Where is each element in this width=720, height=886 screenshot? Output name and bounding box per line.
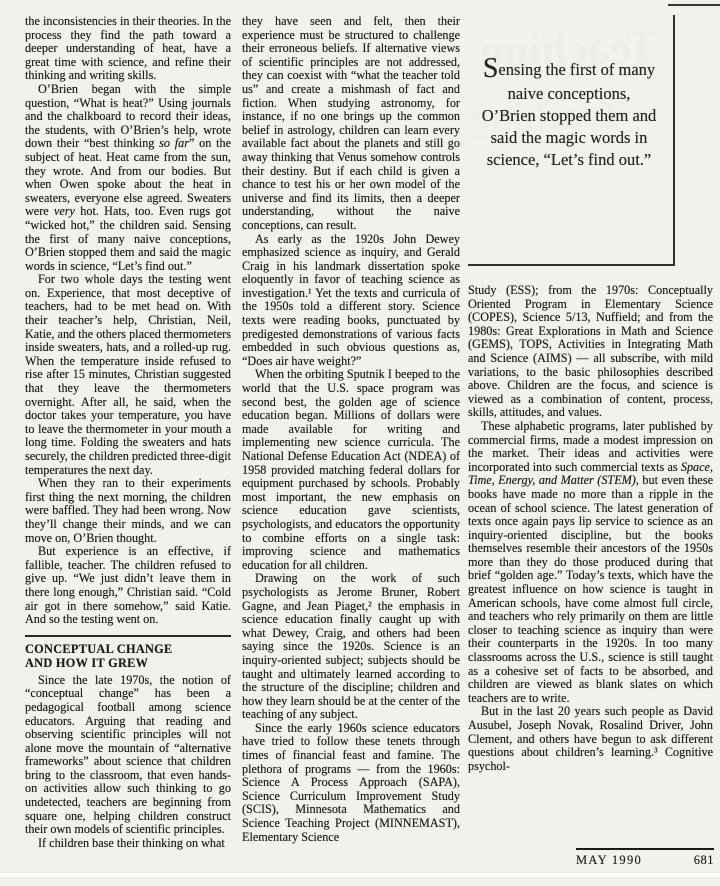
- pull-quote-text: ensing the first of many naive conceptio…: [482, 60, 657, 169]
- paragraph: As early as the 1920s John Dewey emphasi…: [242, 233, 460, 369]
- paragraph: When the orbiting Sputnik I beeped to th…: [242, 368, 460, 572]
- paragraph: For two whole days the testing went on. …: [25, 273, 231, 477]
- paragraph: the inconsistencies in their theories. I…: [25, 15, 231, 83]
- magazine-page: Teaching Teaching the inconsistencies in…: [0, 0, 720, 886]
- paragraph: If children base their thinking on what: [25, 837, 231, 851]
- issue-date: MAY 1990: [576, 853, 642, 868]
- paragraph: Since the early 1960s science educators …: [242, 722, 460, 844]
- section-heading-line1: CONCEPTUAL CHANGE: [25, 642, 231, 657]
- scan-artifact-line: [668, 4, 720, 6]
- pull-quote-box: Sensing the first of many naive concepti…: [468, 15, 675, 266]
- paragraph: they have seen and felt, then their expe…: [242, 15, 460, 233]
- paragraph: These alphabetic programs, later publish…: [468, 420, 713, 705]
- paragraph: When they ran to their experiments first…: [25, 477, 231, 545]
- text-column-left: the inconsistencies in their theories. I…: [25, 15, 231, 853]
- section-heading: CONCEPTUAL CHANGE AND HOW IT GREW: [25, 635, 231, 671]
- page-number: 681: [694, 853, 714, 868]
- text-column-right: Sensing the first of many naive concepti…: [468, 15, 713, 853]
- page-footer: MAY 1990 681: [576, 848, 714, 868]
- paragraph: But experience is an effective, if falli…: [25, 545, 231, 627]
- paragraph: Study (ESS); from the 1970s: Conceptuall…: [468, 284, 713, 420]
- paragraph: Since the late 1970s, the notion of “con…: [25, 674, 231, 837]
- article-columns: the inconsistencies in their theories. I…: [25, 15, 713, 853]
- paragraph: Drawing on the work of such psychologist…: [242, 572, 460, 722]
- paragraph: But in the last 20 years such people as …: [468, 705, 713, 773]
- text-column-middle: they have seen and felt, then their expe…: [242, 15, 460, 853]
- page-edge: [0, 872, 720, 878]
- paragraph: O’Brien began with the simple question, …: [25, 83, 231, 273]
- pull-quote-initial: S: [483, 53, 499, 84]
- section-heading-line2: AND HOW IT GREW: [25, 656, 231, 671]
